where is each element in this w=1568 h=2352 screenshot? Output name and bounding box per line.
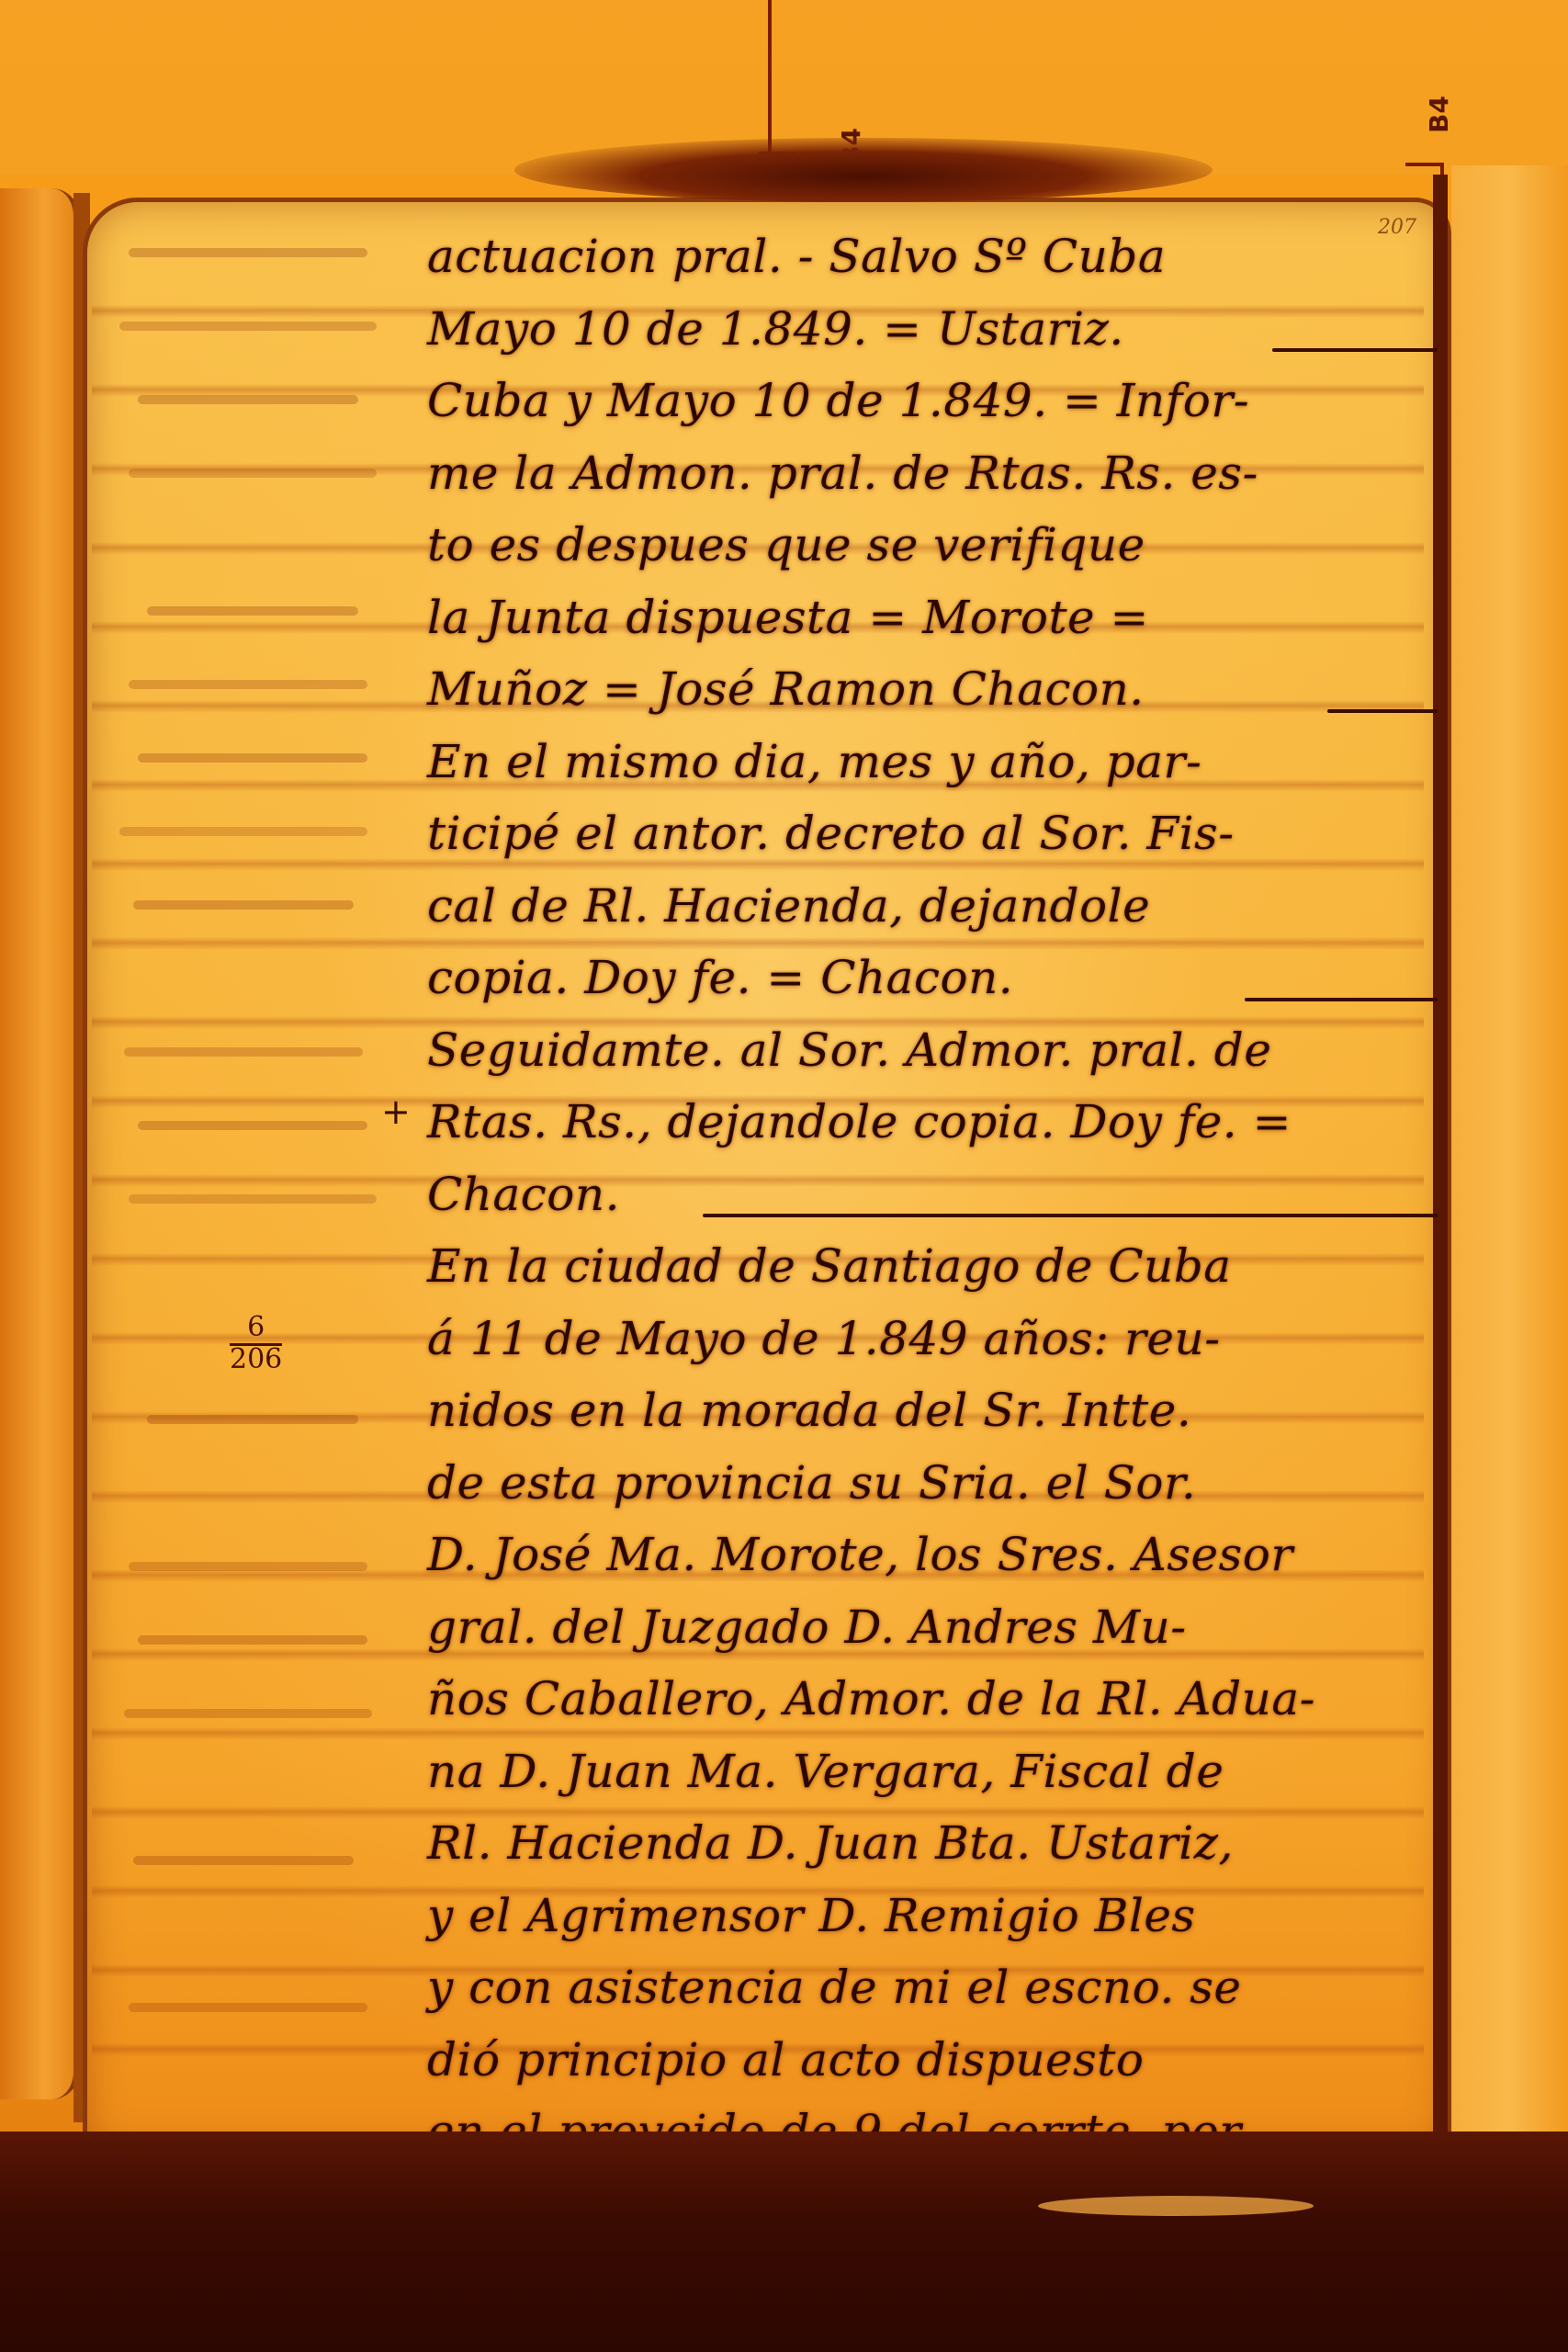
scanned-manuscript: B4 B4 6 206 207 + actuacion pral. - Salv… bbox=[0, 0, 1568, 2352]
text-line: ños Caballero, Admor. de la Rl. Adua- bbox=[427, 1663, 1438, 1736]
text-line: me la Admon. pral. de Rtas. Rs. es- bbox=[427, 437, 1438, 510]
text-line: D. José Ma. Morote, los Sres. Asesor bbox=[427, 1519, 1438, 1591]
text-line: Chacon. bbox=[427, 1159, 1438, 1231]
text-line: copia. Doy fe. = Chacon. bbox=[427, 942, 1438, 1014]
facing-page-edge bbox=[0, 188, 79, 2099]
text-line: y el Agrimensor D. Remigio Bles bbox=[427, 1880, 1438, 1952]
light-reflection bbox=[1038, 2196, 1314, 2216]
text-line: cal de Rl. Hacienda, dejandole bbox=[427, 870, 1438, 943]
page-stain bbox=[514, 138, 1213, 202]
cross-mark: + bbox=[381, 1091, 411, 1132]
text-line: de esta provincia su Sria. el Sor. bbox=[427, 1447, 1438, 1520]
text-line: la Junta dispuesta = Morote = bbox=[427, 582, 1438, 654]
handwritten-text: actuacion pral. - Salvo Sº Cuba Mayo 10 … bbox=[427, 220, 1438, 2312]
text-line: gral. del Juzgado D. Andres Mu- bbox=[427, 1591, 1438, 1664]
text-line: to es despues que se verifique bbox=[427, 509, 1438, 582]
text-line: ticipé el antor. decreto al Sor. Fis- bbox=[427, 797, 1438, 870]
marker-label-b4: B4 bbox=[1424, 96, 1454, 133]
folio-numerator: 6 bbox=[230, 1314, 282, 1346]
registration-line bbox=[768, 0, 772, 156]
text-line: Cuba y Mayo 10 de 1.849. = Infor- bbox=[427, 365, 1438, 437]
scan-bottom-shadow bbox=[0, 2131, 1568, 2352]
text-line: actuacion pral. - Salvo Sº Cuba bbox=[427, 220, 1438, 293]
text-line: y con asistencia de mi el escno. se bbox=[427, 1951, 1438, 2024]
text-line: En la ciudad de Santiago de Cuba bbox=[427, 1230, 1438, 1303]
text-line: á 11 de Mayo de 1.849 años: reu- bbox=[427, 1303, 1438, 1375]
registration-tick bbox=[1405, 163, 1442, 166]
text-line: na D. Juan Ma. Vergara, Fiscal de bbox=[427, 1736, 1438, 1808]
text-line: Seguidamte. al Sor. Admor. pral. de bbox=[427, 1014, 1438, 1087]
text-line: Muñoz = José Ramon Chacon. bbox=[427, 653, 1438, 726]
text-line: dió principio al acto dispuesto bbox=[427, 2024, 1438, 2097]
folio-annotation: 6 206 bbox=[230, 1314, 282, 1374]
text-line: Mayo 10 de 1.849. = Ustariz. bbox=[427, 293, 1438, 366]
scan-background-right bbox=[1451, 165, 1568, 2141]
text-line: Rl. Hacienda D. Juan Bta. Ustariz, bbox=[427, 1807, 1438, 1880]
text-line: Rtas. Rs., dejandole copia. Doy fe. = bbox=[427, 1086, 1438, 1159]
text-line: En el mismo dia, mes y año, par- bbox=[427, 726, 1438, 798]
left-margin-bleed bbox=[101, 220, 404, 2058]
text-line: nidos en la morada del Sr. Intte. bbox=[427, 1374, 1438, 1447]
folio-denominator: 206 bbox=[230, 1343, 282, 1375]
